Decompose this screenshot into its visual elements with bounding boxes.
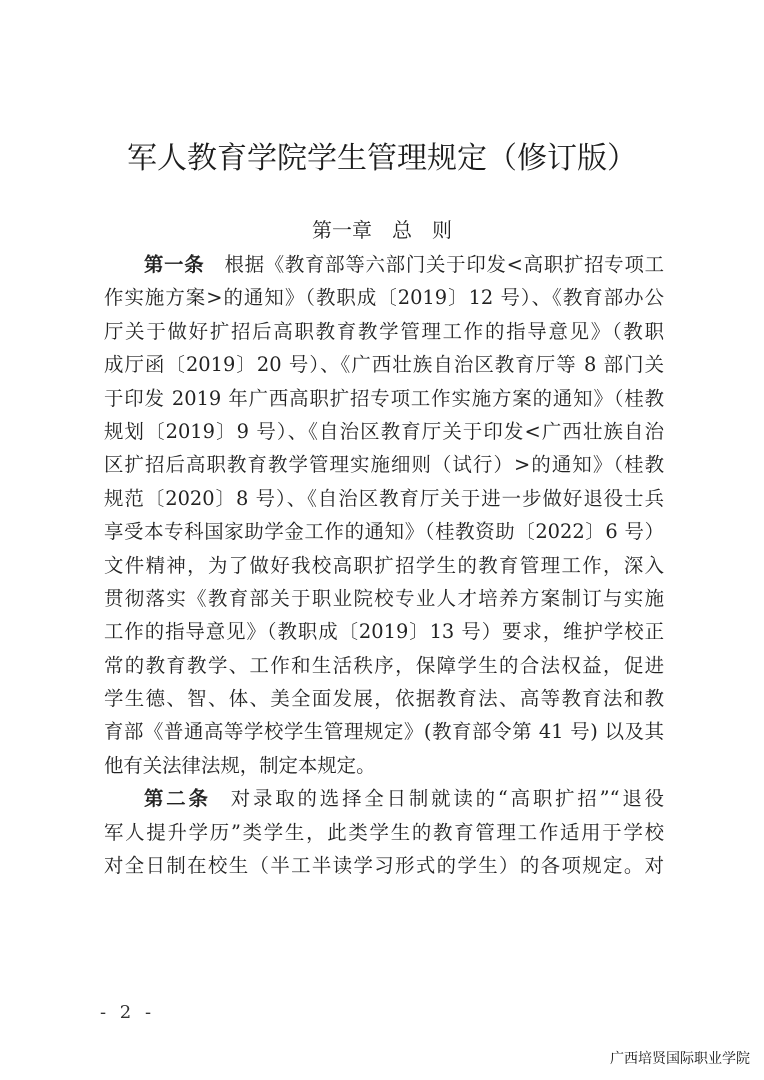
text-line: 规划〔2019〕9 号）、《自治区教育厅关于印发<广西壮族自治 [104,415,664,448]
text-line: 于印发 2019 年广西高职扩招专项工作实施方案的通知》（桂教 [104,382,664,415]
text-line: 贯彻落实《教育部关于职业院校专业人才培养方案制订与实施 [104,582,664,615]
text-line: 厅关于做好扩招后高职教育教学管理工作的指导意见》（教职 [104,315,664,348]
text-line: 学生德、智、体、美全面发展，依据教育法、高等教育法和教 [104,682,664,715]
text-line: 军人提升学历”类学生，此类学生的教育管理工作适用于学校 [104,816,664,849]
text-line: 根据《教育部等六部门关于印发<高职扩招专项工 [224,253,664,276]
text-line: 对录取的选择全日制就读的“高职扩招”“退役 [231,787,664,810]
article-1-label: 第一条 [144,253,204,276]
article-2-first-line: 第二条对录取的选择全日制就读的“高职扩招”“退役 [104,782,664,815]
text-line: 区扩招后高职教育教学管理实施细则（试行）>的通知》（桂教 [104,448,664,481]
text-line: 育部《普通高等学校学生管理规定》(教育部令第 41 号) 以及其 [104,715,664,748]
page-number: - 2 - [100,1002,155,1023]
text-line: 享受本专科国家助学金工作的通知》（桂教资助〔2022〕6 号） [104,515,664,548]
text-line: 规范〔2020〕8 号）、《自治区教育厅关于进一步做好退役士兵 [104,482,664,515]
document-body: 第一条根据《教育部等六部门关于印发<高职扩招专项工 作实施方案>的通知》（教职成… [104,248,664,882]
text-line: 作实施方案>的通知》（教职成〔2019〕12 号）、《教育部办公 [104,281,664,314]
article-2-label: 第二条 [144,787,211,810]
text-line: 成厅函〔2019〕20 号）、《广西壮族自治区教育厅等 8 部门关 [104,348,664,381]
footer-institution: 广西培贤国际职业学院 [610,1048,750,1068]
text-line: 他有关法律法规，制定本规定。 [104,749,664,782]
text-line: 文件精神，为了做好我校高职扩招学生的教育管理工作，深入 [104,549,664,582]
article-1-first-line: 第一条根据《教育部等六部门关于印发<高职扩招专项工 [104,248,664,281]
text-line: 对全日制在校生（半工半读学习形式的学生）的各项规定。对 [104,849,664,882]
document-page: 军人教育学院学生管理规定（修订版） 第一章 总 则 第一条根据《教育部等六部门关… [0,0,764,1080]
text-line: 常的教育教学、工作和生活秩序，保障学生的合法权益，促进 [104,649,664,682]
text-line: 工作的指导意见》（教职成〔2019〕13 号）要求，维护学校正 [104,615,664,648]
chapter-heading: 第一章 总 则 [0,214,764,243]
document-title: 军人教育学院学生管理规定（修订版） [0,133,764,177]
